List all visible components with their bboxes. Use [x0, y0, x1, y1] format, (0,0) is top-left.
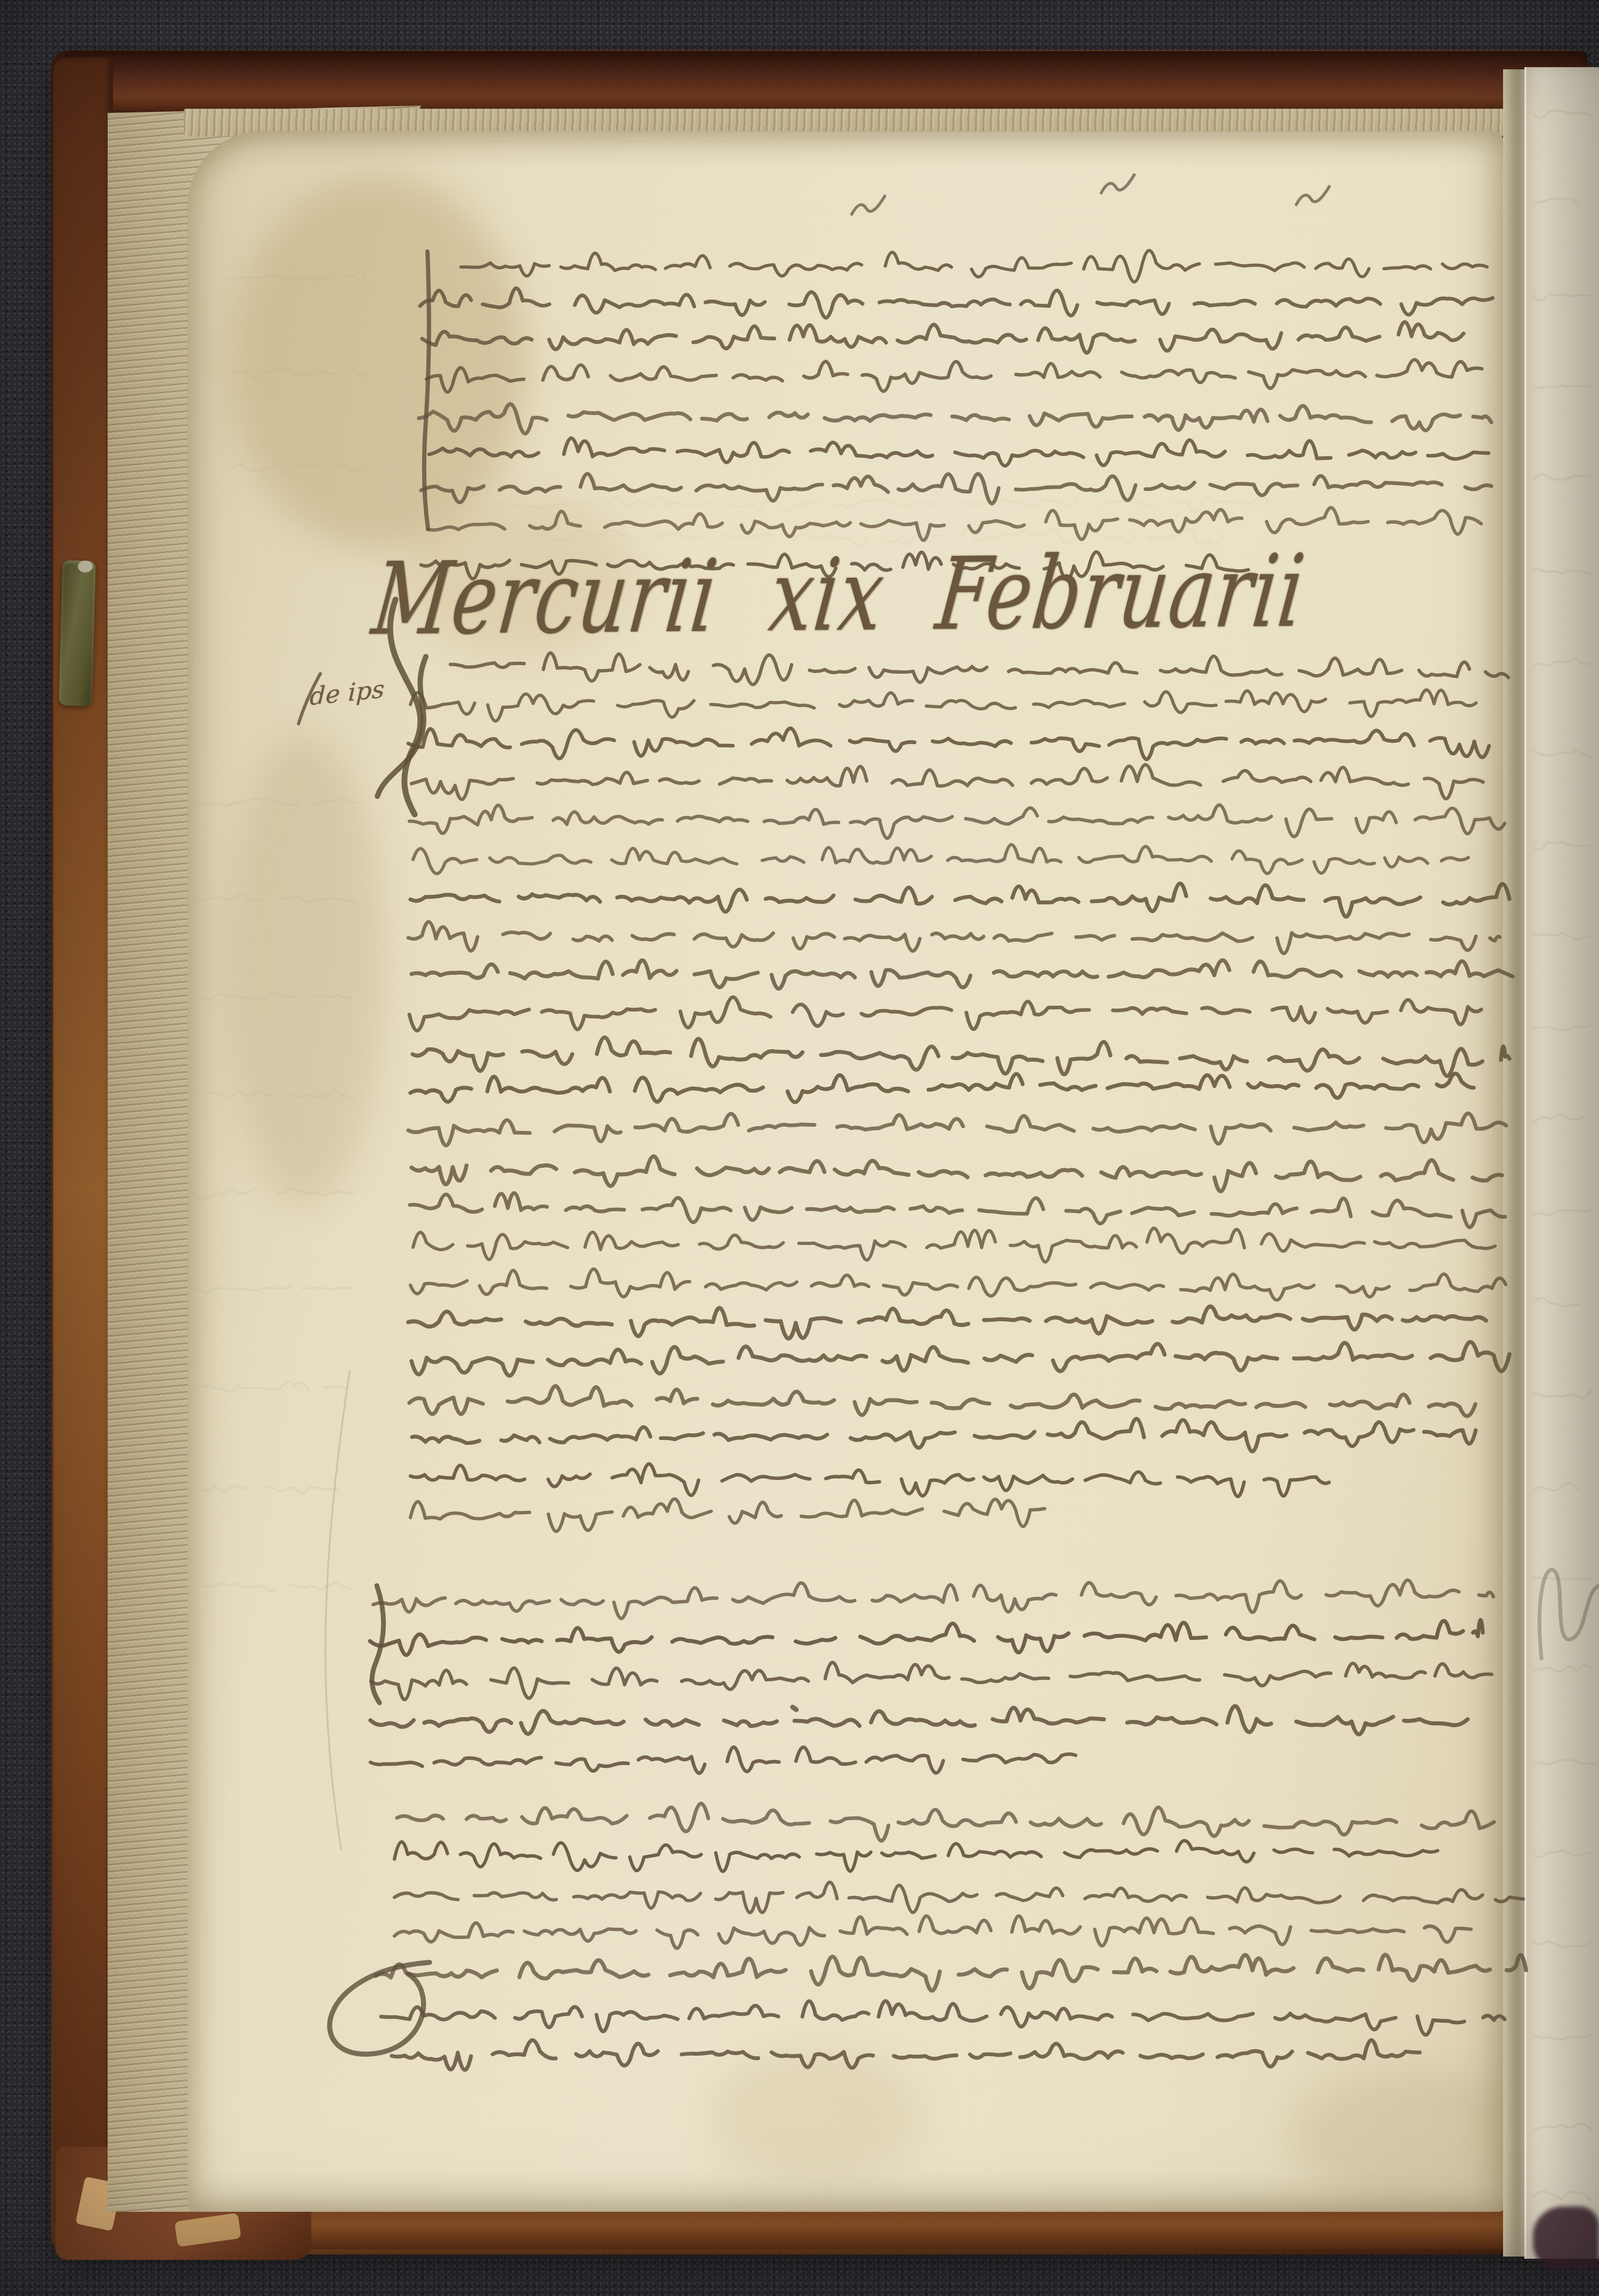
- day-heading-calligraphy: Mercurii xix Februarii: [368, 541, 1372, 650]
- handwriting-layer: [0, 0, 1599, 2296]
- photo-of-manuscript-volume: Mercurii xix Februarii de ips: [0, 0, 1599, 2296]
